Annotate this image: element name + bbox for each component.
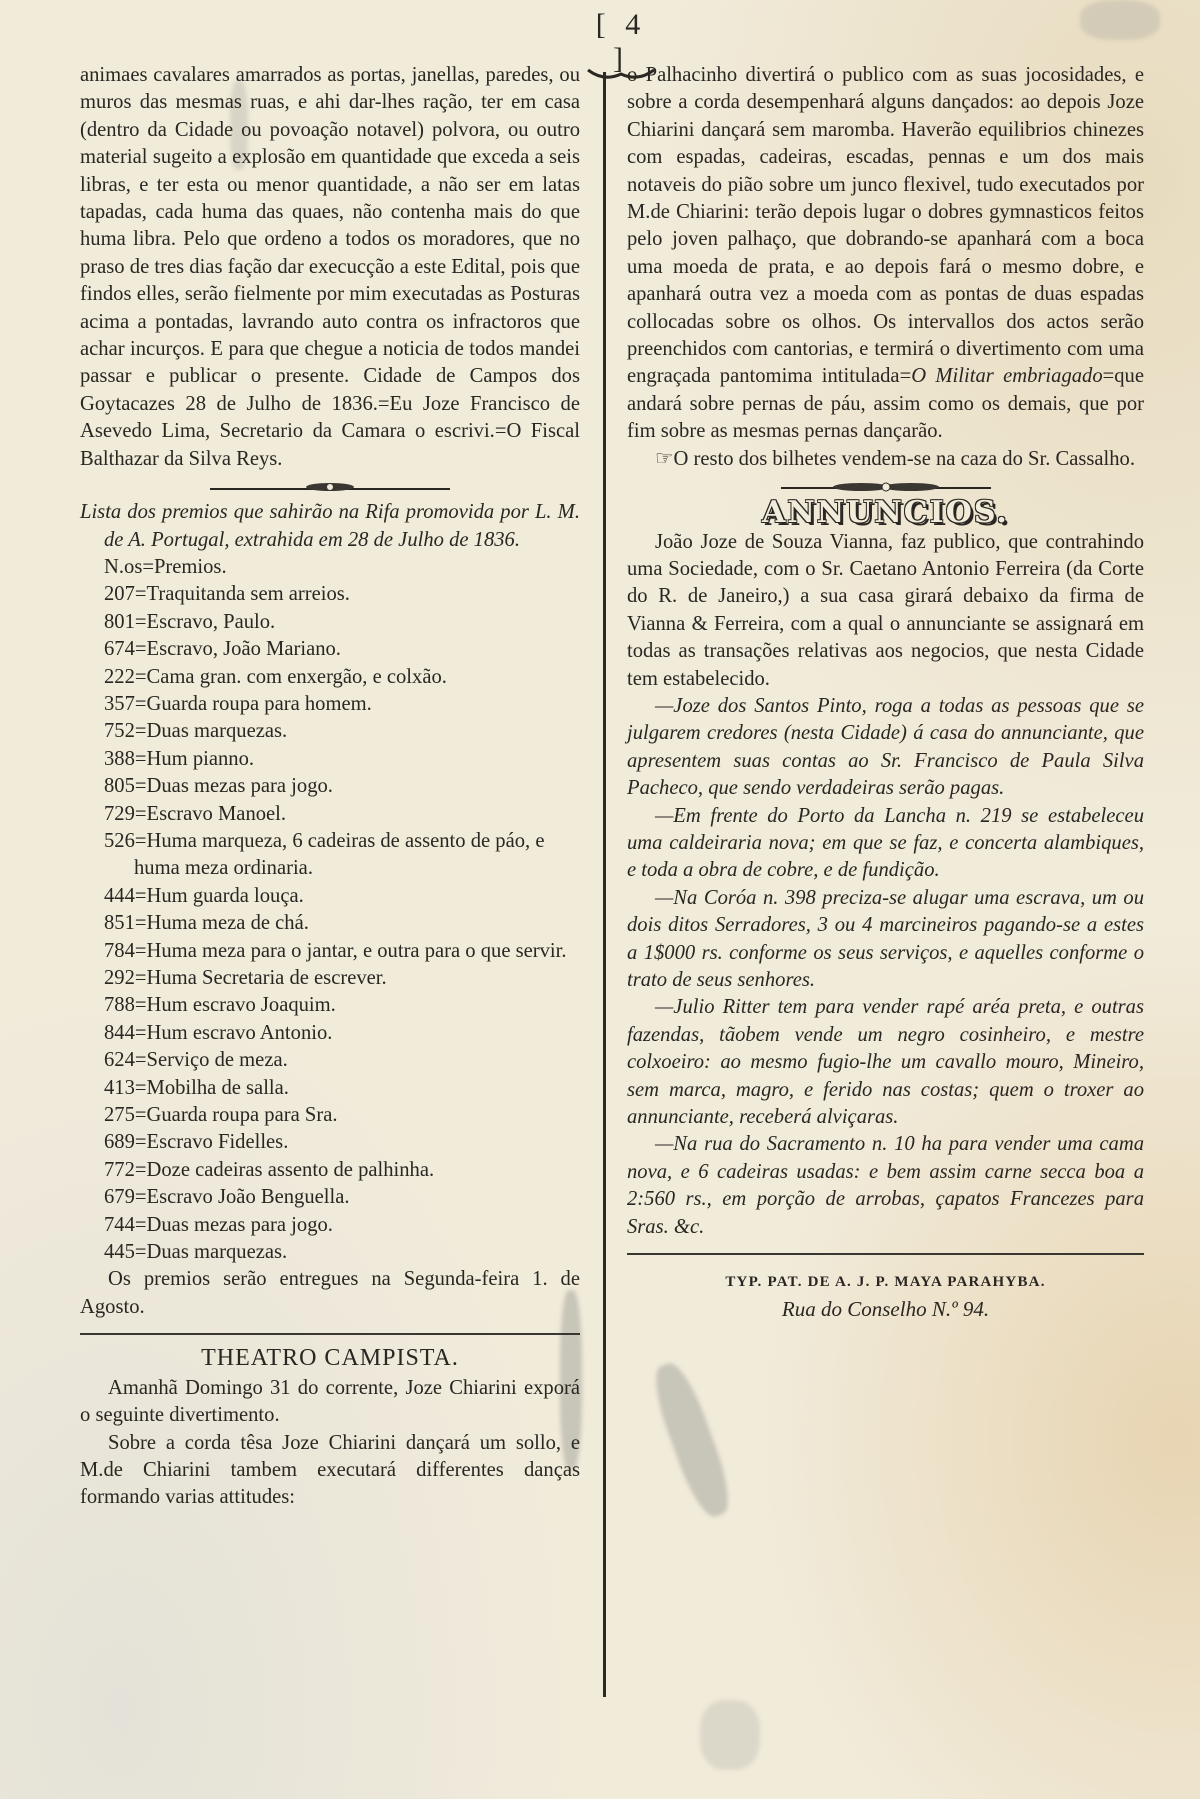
footer-divider bbox=[627, 1253, 1144, 1255]
theatre-heading: THEATRO CAMPISTA. bbox=[80, 1345, 580, 1372]
prize-item: 444=Hum guarda louça. bbox=[104, 883, 580, 910]
prize-item: 679=Escravo João Benguella. bbox=[104, 1184, 580, 1211]
ad-item: João Joze de Souza Vianna, faz publico, … bbox=[627, 529, 1144, 693]
printer-imprint: TYP. PAT. DE A. J. P. MAYA PARAHYBA. Rua… bbox=[627, 1269, 1144, 1324]
prize-item: 689=Escravo Fidelles. bbox=[104, 1129, 580, 1156]
prize-item: 388=Hum pianno. bbox=[104, 746, 580, 773]
prize-item: 844=Hum escravo Antonio. bbox=[104, 1020, 580, 1047]
delivery-note: Os premios serão entregues na Segunda-fe… bbox=[80, 1266, 580, 1321]
section-divider bbox=[80, 1333, 580, 1335]
prize-item: 207=Traquitanda sem arreios. bbox=[104, 581, 580, 608]
pointing-hand-icon: ☞ bbox=[655, 448, 673, 470]
prize-item: 772=Doze cadeiras assento de palhinha. bbox=[104, 1157, 580, 1184]
water-stain bbox=[1080, 0, 1160, 40]
ad-item: —Julio Ritter tem para vender rapé aréa … bbox=[627, 994, 1144, 1131]
prize-item: 752=Duas marquezas. bbox=[104, 718, 580, 745]
printer-address: Rua do Conselho N.º 94. bbox=[627, 1296, 1144, 1323]
prize-item: 784=Huma meza para o jantar, e outra par… bbox=[104, 938, 580, 965]
prize-item: 357=Guarda roupa para homem. bbox=[104, 691, 580, 718]
prize-item: 292=Huma Secretaria de escrever. bbox=[104, 965, 580, 992]
water-stain bbox=[646, 1358, 738, 1522]
prize-item: 788=Hum escravo Joaquim. bbox=[104, 992, 580, 1019]
theatre-section: THEATRO CAMPISTA. Amanhã Domingo 31 do c… bbox=[80, 1345, 580, 1511]
ads-list: João Joze de Souza Vianna, faz publico, … bbox=[627, 529, 1144, 1242]
ad-item: —Em frente do Porto da Lancha n. 219 se … bbox=[627, 803, 1144, 885]
tickets-note: ☞O resto dos bilhetes vendem-se na caza … bbox=[627, 446, 1144, 473]
ad-item: —Joze dos Santos Pinto, roga a todas as … bbox=[627, 693, 1144, 803]
divider-ornament-icon bbox=[210, 481, 450, 493]
prize-list-header: N.os=Premios. bbox=[104, 554, 580, 581]
prize-item: 801=Escravo, Paulo. bbox=[104, 609, 580, 636]
theatre-program-continued: o Palhacinho divertirá o publico com as … bbox=[627, 62, 1144, 446]
prize-item: 275=Guarda roupa para Sra. bbox=[104, 1102, 580, 1129]
ad-item: —Na rua do Sacramento n. 10 ha para vend… bbox=[627, 1131, 1144, 1241]
edital-text: animaes cavalares amarrados as portas, j… bbox=[80, 62, 580, 473]
theatre-intro: Amanhã Domingo 31 do corrente, Joze Chia… bbox=[80, 1375, 580, 1430]
column-divider bbox=[603, 72, 606, 1697]
prize-item: 805=Duas mezas para jogo. bbox=[104, 773, 580, 800]
left-column: animaes cavalares amarrados as portas, j… bbox=[80, 62, 580, 1512]
prize-item: 445=Duas marquezas. bbox=[104, 1239, 580, 1266]
prize-item: 729=Escravo Manoel. bbox=[104, 801, 580, 828]
prize-item: 413=Mobilha de salla. bbox=[104, 1075, 580, 1102]
prize-item: 851=Huma meza de chá. bbox=[104, 910, 580, 937]
prize-item: 744=Duas mezas para jogo. bbox=[104, 1212, 580, 1239]
divider-ornament-icon bbox=[781, 481, 991, 493]
prize-item: 222=Cama gran. com enxergão, e colxão. bbox=[104, 664, 580, 691]
printer-name: TYP. PAT. DE A. J. P. MAYA PARAHYBA. bbox=[627, 1269, 1144, 1296]
pantomime-title: O Militar embriagado bbox=[911, 365, 1102, 387]
prize-list: N.os=Premios. 207=Traquitanda sem arreio… bbox=[80, 554, 580, 1267]
ad-item: —Na Coróa n. 398 preciza-se alugar uma e… bbox=[627, 885, 1144, 995]
theatre-program: Sobre a corda têsa Joze Chiarini dançará… bbox=[80, 1430, 580, 1512]
water-stain bbox=[700, 1700, 760, 1770]
prize-item: 526=Huma marqueza, 6 cadeiras de assento… bbox=[104, 828, 580, 883]
ads-heading: ANNUNCIOS. bbox=[627, 499, 1144, 526]
raffle-section: Lista dos premios que sahirão na Rifa pr… bbox=[80, 499, 580, 1321]
right-column: o Palhacinho divertirá o publico com as … bbox=[627, 62, 1144, 1324]
prize-item: 624=Serviço de meza. bbox=[104, 1047, 580, 1074]
newspaper-page: [ 4 ] animaes cavalares amarrados as por… bbox=[0, 0, 1200, 1799]
raffle-title: Lista dos premios que sahirão na Rifa pr… bbox=[80, 499, 580, 554]
prize-item: 674=Escravo, João Mariano. bbox=[104, 636, 580, 663]
